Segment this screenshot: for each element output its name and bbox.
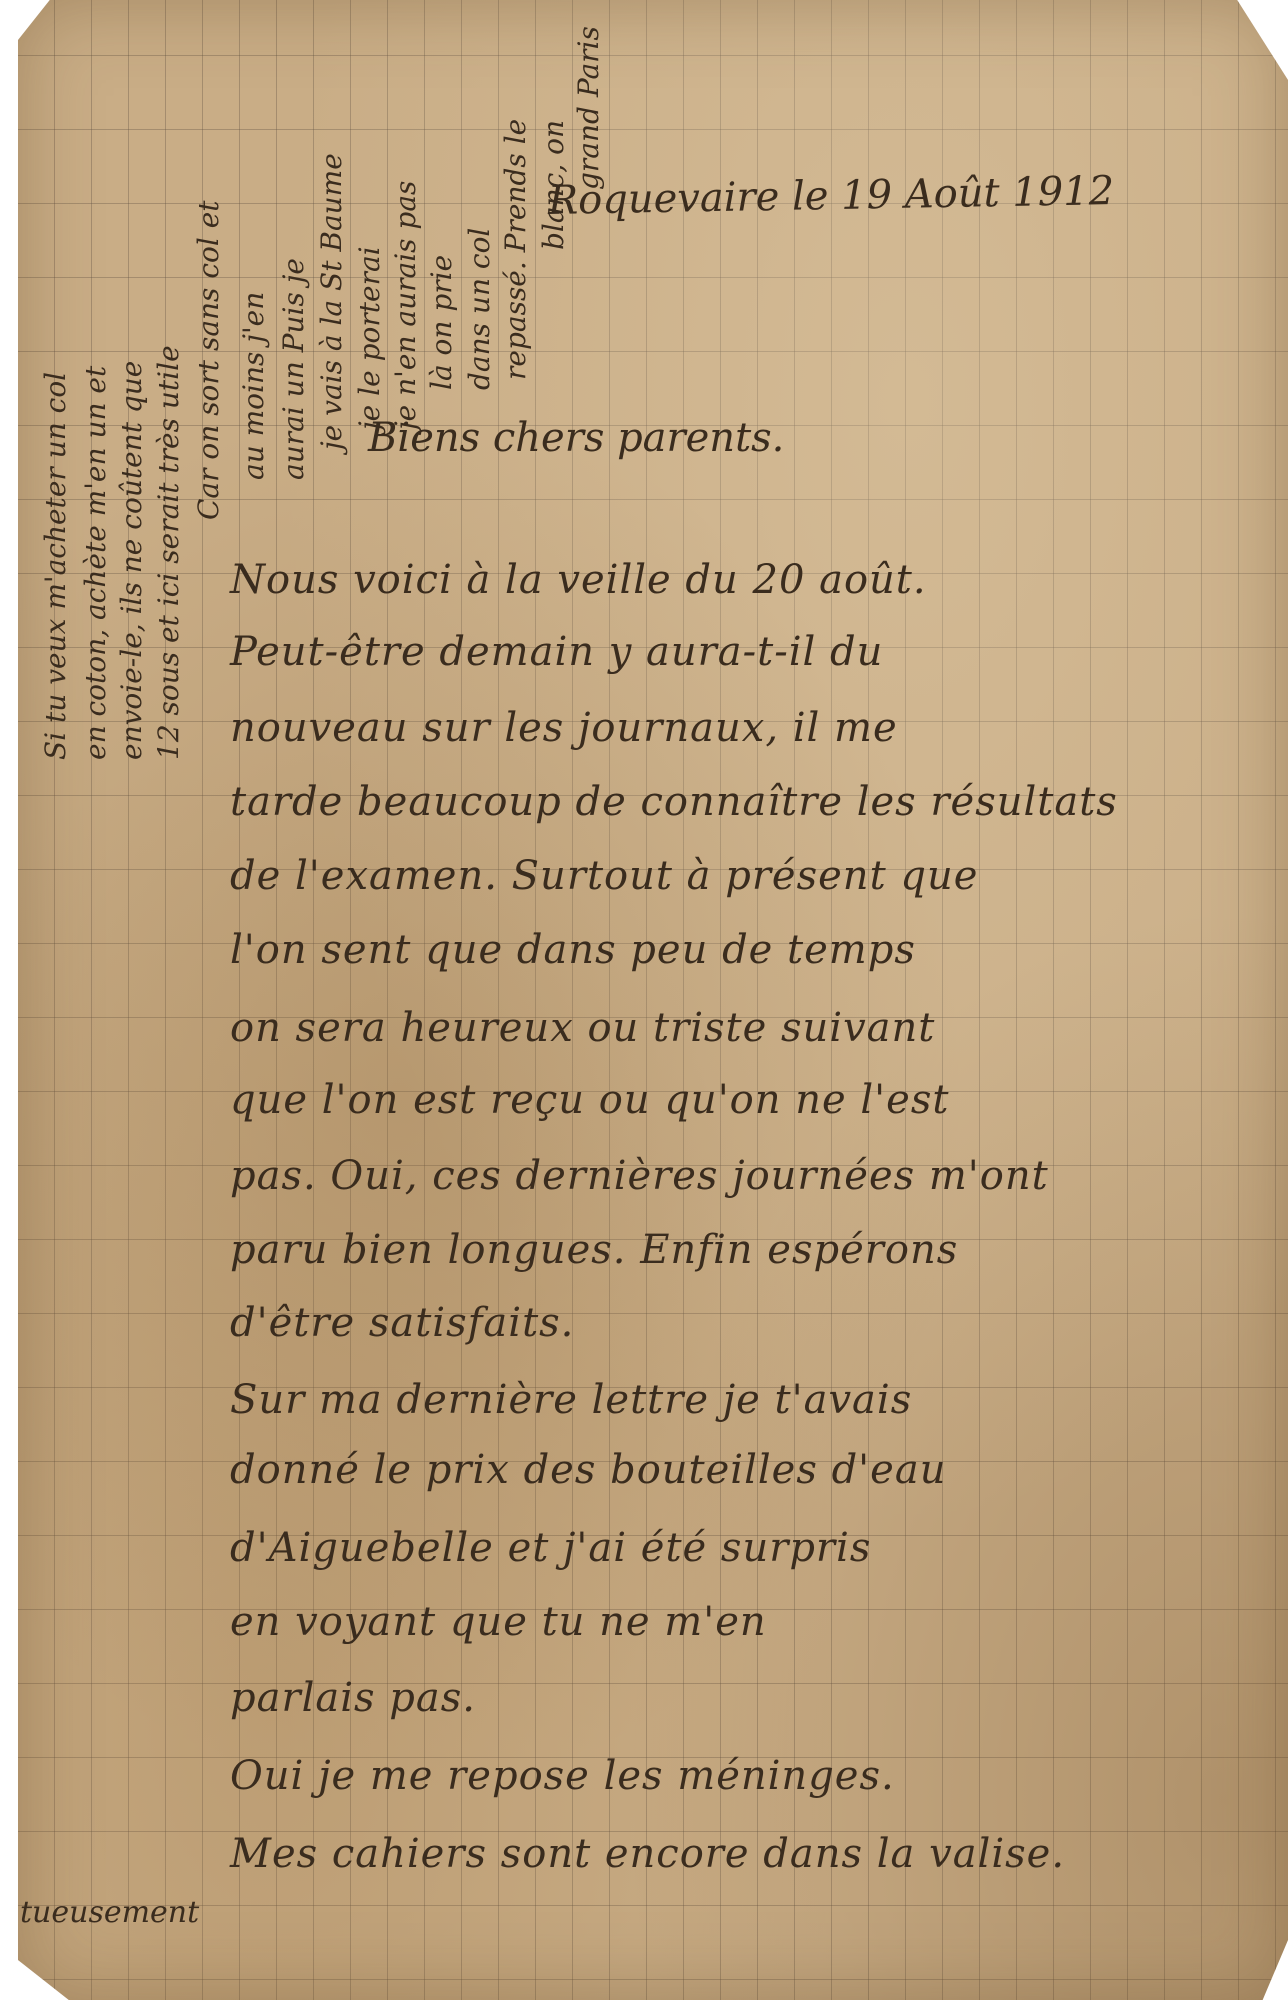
margin-note-line: là on prie	[428, 255, 456, 390]
margin-note-line: aurai un Puis je	[280, 258, 308, 480]
margin-note-line: grand Paris	[575, 26, 603, 190]
body-line: que l'on est reçu ou qu'on ne l'est	[230, 1080, 949, 1120]
margin-note-line: Car on sort sans col et	[195, 200, 223, 520]
margin-note-line: je vais à la St Baume	[318, 153, 346, 450]
margin-note-line: envoie-le, ils ne coûtent que	[118, 361, 146, 760]
margin-note-line: repassé. Prends le	[502, 119, 530, 380]
body-line: paru bien longues. Enfin espérons	[230, 1230, 958, 1270]
body-line: Sur ma dernière lettre je t'avais	[230, 1380, 912, 1420]
body-line: de l'examen. Surtout à présent que	[230, 856, 978, 896]
margin-note-line: blanc, on	[540, 120, 568, 250]
body-line: d'Aiguebelle et j'ai été surpris	[230, 1528, 871, 1568]
body-line: Peut-être demain y aura-t-il du	[230, 632, 883, 672]
closing-signoff: tueusement	[20, 1898, 199, 1928]
body-line: Oui je me repose les méninges.	[230, 1756, 895, 1796]
place-date-header: Roquevaire le 19 Août 1912	[548, 171, 1115, 221]
body-line: parlais pas.	[230, 1678, 476, 1718]
body-line: on sera heureux ou triste suivant	[230, 1008, 935, 1048]
margin-note-line: dans un col	[466, 228, 494, 390]
margin-note-line: Si tu veux m'acheter un col	[42, 372, 70, 760]
body-line: l'on sent que dans peu de temps	[230, 930, 916, 970]
margin-note-line: au moins j'en	[240, 292, 268, 480]
body-line: donné le prix des bouteilles d'eau	[230, 1450, 946, 1490]
body-line: pas. Oui, ces dernières journées m'ont	[230, 1156, 1049, 1196]
body-line: tarde beaucoup de connaître les résultat…	[230, 782, 1118, 822]
body-line: nouveau sur les journaux, il me	[230, 708, 898, 748]
body-line: en voyant que tu ne m'en	[230, 1602, 767, 1642]
body-line: Mes cahiers sont encore dans la valise.	[230, 1834, 1065, 1874]
margin-note-line: 12 sous et ici serait très utile	[155, 345, 183, 760]
margin-note-line: je n'en aurais pas	[392, 181, 420, 430]
margin-note-line: en coton, achète m'en un et	[82, 366, 110, 760]
margin-note-line: je le porterai	[356, 246, 384, 430]
body-line: Nous voici à la veille du 20 août.	[230, 560, 927, 600]
salutation: Biens chers parents.	[368, 418, 784, 458]
body-line: d'être satisfaits.	[230, 1303, 574, 1343]
